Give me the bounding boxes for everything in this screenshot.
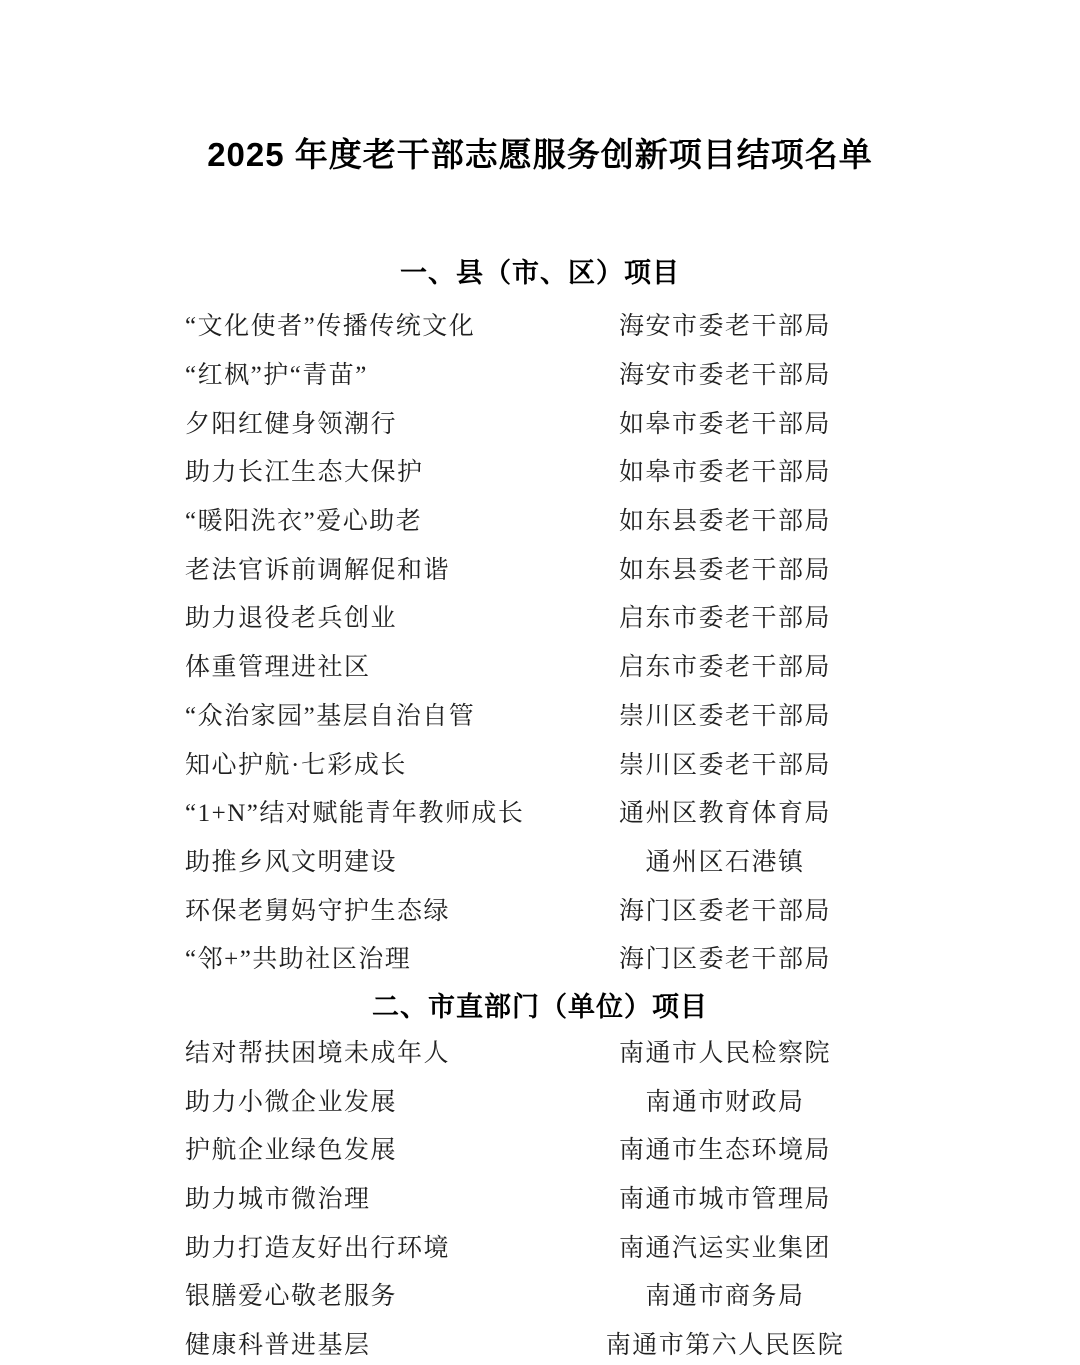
project-name: 助力城市微治理 — [185, 1183, 560, 1217]
table-row: “暖阳洗衣”爱心助老 如东县委老干部局 — [0, 498, 1080, 547]
section-1-heading: 一、县（市、区）项目 — [0, 255, 1080, 291]
unit-name: 如东县委老干部局 — [560, 554, 890, 588]
section: 二、市直部门（单位）项目 结对帮扶困境未成年人 南通市人民检察院 助力小微企业发… — [0, 989, 1080, 1365]
unit-name: 如皋市委老干部局 — [560, 456, 890, 490]
project-name: 助推乡风文明建设 — [185, 846, 560, 880]
project-name: 助力退役老兵创业 — [185, 602, 560, 636]
project-name: “红枫”护“青苗” — [185, 359, 560, 393]
table-row: 银膳爱心敬老服务 南通市商务局 — [0, 1273, 1080, 1322]
project-name: 环保老舅妈守护生态绿 — [185, 895, 560, 929]
unit-name: 崇川区委老干部局 — [560, 700, 890, 734]
section-rows: “文化使者”传播传统文化 海安市委老干部局 “红枫”护“青苗” 海安市委老干部局… — [0, 303, 1080, 985]
project-name: 老法官诉前调解促和谐 — [185, 554, 560, 588]
project-name: 结对帮扶困境未成年人 — [185, 1037, 560, 1071]
table-row: “1+N”结对赋能青年教师成长 通州区教育体育局 — [0, 790, 1080, 839]
table-row: 护航企业绿色发展 南通市生态环境局 — [0, 1127, 1080, 1176]
table-row: 健康科普进基层 南通市第六人民医院 — [0, 1322, 1080, 1365]
document-page: 2025 年度老干部志愿服务创新项目结项名单 一、县（市、区）项目 “文化使者”… — [0, 0, 1080, 1365]
table-row: 结对帮扶困境未成年人 南通市人民检察院 — [0, 1030, 1080, 1079]
unit-name: 南通市城市管理局 — [560, 1183, 890, 1217]
table-row: “红枫”护“青苗” 海安市委老干部局 — [0, 352, 1080, 401]
sections-container: 一、县（市、区）项目 “文化使者”传播传统文化 海安市委老干部局 “红枫”护“青… — [0, 255, 1080, 1365]
unit-name: 海门区委老干部局 — [560, 943, 890, 977]
document-title: 2025 年度老干部志愿服务创新项目结项名单 — [0, 135, 1080, 175]
table-row: 助推乡风文明建设 通州区石港镇 — [0, 839, 1080, 888]
project-name: “邻+”共助社区治理 — [185, 943, 560, 977]
unit-name: 启东市委老干部局 — [560, 651, 890, 685]
project-name: 知心护航·七彩成长 — [185, 749, 560, 783]
table-row: 助力打造友好出行环境 南通汽运实业集团 — [0, 1224, 1080, 1273]
unit-name: 海安市委老干部局 — [560, 359, 890, 393]
unit-name: 启东市委老干部局 — [560, 602, 890, 636]
project-name: 护航企业绿色发展 — [185, 1134, 560, 1168]
section-2-heading: 二、市直部门（单位）项目 — [0, 989, 1080, 1025]
project-name: 夕阳红健身领潮行 — [185, 408, 560, 442]
section: 一、县（市、区）项目 “文化使者”传播传统文化 海安市委老干部局 “红枫”护“青… — [0, 255, 1080, 985]
project-name: “众治家园”基层自治自管 — [185, 700, 560, 734]
project-name: 体重管理进社区 — [185, 651, 560, 685]
table-row: 助力城市微治理 南通市城市管理局 — [0, 1176, 1080, 1225]
unit-name: 通州区石港镇 — [560, 846, 890, 880]
table-row: 环保老舅妈守护生态绿 海门区委老干部局 — [0, 887, 1080, 936]
table-row: 夕阳红健身领潮行 如皋市委老干部局 — [0, 400, 1080, 449]
unit-name: 南通市商务局 — [560, 1280, 890, 1314]
unit-name: 崇川区委老干部局 — [560, 749, 890, 783]
unit-name: 如皋市委老干部局 — [560, 408, 890, 442]
table-row: 助力退役老兵创业 启东市委老干部局 — [0, 595, 1080, 644]
project-name: “文化使者”传播传统文化 — [185, 310, 560, 344]
table-row: 助力小微企业发展 南通市财政局 — [0, 1078, 1080, 1127]
project-name: 银膳爱心敬老服务 — [185, 1280, 560, 1314]
table-row: 知心护航·七彩成长 崇川区委老干部局 — [0, 741, 1080, 790]
unit-name: 如东县委老干部局 — [560, 505, 890, 539]
unit-name: 南通市生态环境局 — [560, 1134, 890, 1168]
unit-name: 南通市人民检察院 — [560, 1037, 890, 1071]
table-row: 体重管理进社区 启东市委老干部局 — [0, 644, 1080, 693]
project-name: 助力打造友好出行环境 — [185, 1232, 560, 1266]
table-row: “文化使者”传播传统文化 海安市委老干部局 — [0, 303, 1080, 352]
table-row: 老法官诉前调解促和谐 如东县委老干部局 — [0, 546, 1080, 595]
unit-name: 南通市第六人民医院 — [560, 1329, 890, 1363]
project-name: 助力长江生态大保护 — [185, 456, 560, 490]
project-name: “暖阳洗衣”爱心助老 — [185, 505, 560, 539]
unit-name: 海安市委老干部局 — [560, 310, 890, 344]
project-name: 助力小微企业发展 — [185, 1086, 560, 1120]
section-rows: 结对帮扶困境未成年人 南通市人民检察院 助力小微企业发展 南通市财政局 护航企业… — [0, 1030, 1080, 1365]
unit-name: 海门区委老干部局 — [560, 895, 890, 929]
table-row: “邻+”共助社区治理 海门区委老干部局 — [0, 936, 1080, 985]
table-row: 助力长江生态大保护 如皋市委老干部局 — [0, 449, 1080, 498]
unit-name: 南通市财政局 — [560, 1086, 890, 1120]
project-name: 健康科普进基层 — [185, 1329, 560, 1363]
unit-name: 通州区教育体育局 — [560, 797, 890, 831]
unit-name: 南通汽运实业集团 — [560, 1232, 890, 1266]
table-row: “众治家园”基层自治自管 崇川区委老干部局 — [0, 693, 1080, 742]
project-name: “1+N”结对赋能青年教师成长 — [185, 797, 560, 831]
